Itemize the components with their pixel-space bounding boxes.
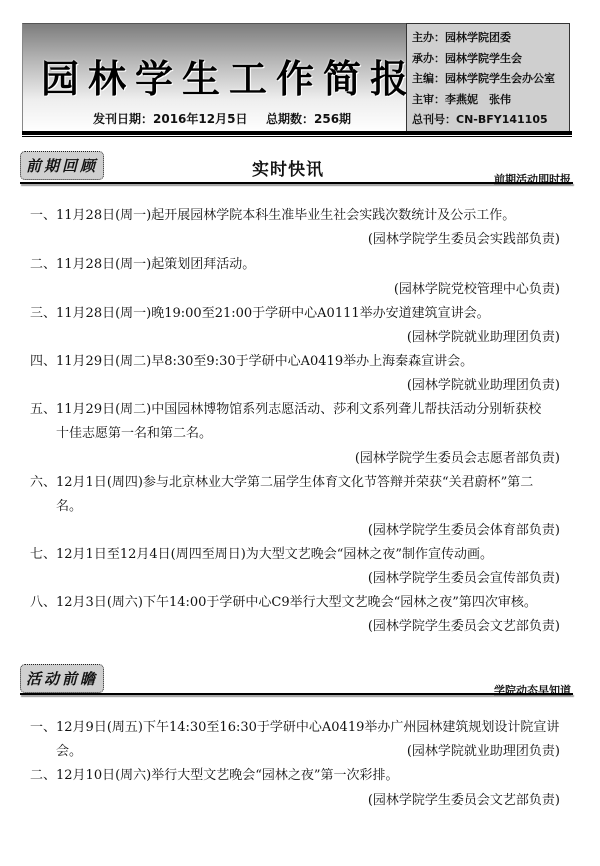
masthead-rule-thin	[22, 136, 572, 137]
info-organizer: 承办：园林学院学生会	[412, 49, 569, 70]
item-number: 七、	[30, 543, 56, 567]
item-number: 二、	[30, 764, 56, 788]
item-text: 12月3日(周六)下午14:00于学研中心C9举行大型文艺晚会“园林之夜”第四次…	[56, 595, 537, 610]
masthead-banner: 园林学生工作简报 发刊日期：2016年12月5日 总期数：256期	[22, 23, 407, 132]
item-number: 六、	[30, 471, 56, 495]
section-subtitle: 学院动态早知道	[494, 682, 571, 698]
section-tag: 前期回顾	[20, 151, 104, 180]
item-text: 12月1日(周四)参与北京林业大学第二届学生体育文化节答辩并荣获“关君蔚杯”第二	[56, 475, 533, 490]
item-text: 11月29日(周二)中国园林博物馆系列志愿活动、莎利文系列聋儿帮扶活动分别斩获校	[56, 402, 541, 417]
masthead-info-box: 主办：园林学院团委 承办：园林学院学生会 主编：园林学院学生会办公室 主审：李燕…	[406, 23, 570, 131]
item-number: 二、	[30, 253, 56, 277]
info-serial-number: 总刊号：CN-BFY141105	[412, 110, 569, 131]
section-divider	[20, 182, 573, 184]
list-item: 二、11月28日(周一)起策划团拜活动。	[30, 253, 560, 277]
info-editor: 主编：园林学院学生会办公室	[412, 69, 569, 90]
list-item: 四、11月29日(周二)早8:30至9:30于学研中心A0419举办上海秦森宣讲…	[30, 350, 560, 374]
item-number: 五、	[30, 398, 56, 422]
list-item: 二、12月10日(周六)举行大型文艺晚会“园林之夜”第一次彩排。	[30, 764, 560, 788]
item-text: 12月10日(周六)举行大型文艺晚会“园林之夜”第一次彩排。	[56, 768, 399, 783]
issue-date: 发刊日期：2016年12月5日	[93, 110, 247, 127]
item-number: 三、	[30, 302, 56, 326]
info-sponsor: 主办：园林学院团委	[412, 28, 569, 49]
item-number: 一、	[30, 716, 56, 740]
section-tag: 活动前瞻	[20, 664, 104, 693]
info-reviewer: 主审：李燕妮 张伟	[412, 90, 569, 111]
item-text-continued: 名。	[30, 495, 560, 519]
masthead: 园林学生工作简报 发刊日期：2016年12月5日 总期数：256期 主办：园林学…	[22, 23, 572, 137]
item-responsible: (园林学院党校管理中心负责)	[394, 278, 560, 302]
list-item: 八、12月3日(周六)下午14:00于学研中心C9举行大型文艺晚会“园林之夜”第…	[30, 591, 560, 615]
item-text: 11月29日(周二)早8:30至9:30于学研中心A0419举办上海秦森宣讲会。	[56, 354, 473, 369]
item-number: 四、	[30, 350, 56, 374]
section-divider	[20, 693, 573, 695]
item-number: 一、	[30, 204, 56, 228]
item-responsible: (园林学院学生委员会体育部负责)	[368, 519, 560, 543]
item-responsible: (园林学院就业助理团负责)	[407, 374, 560, 398]
section-title: 实时快讯	[252, 155, 324, 180]
item-text-continued: 十佳志愿第一名和第二名。	[30, 422, 560, 446]
item-responsible: (园林学院学生委员会文艺部负责)	[368, 789, 560, 813]
list-item: 一、11月28日(周一)起开展园林学院本科生准毕业生社会实践次数统计及公示工作。	[30, 204, 560, 228]
item-text: 11月28日(周一)起开展园林学院本科生准毕业生社会实践次数统计及公示工作。	[56, 208, 515, 223]
item-responsible: (园林学院学生委员会实践部负责)	[368, 228, 560, 252]
item-responsible: (园林学院学生委员会志愿者部负责)	[355, 447, 560, 471]
list-item: 七、12月1日至12月4日(周四至周日)为大型文艺晚会“园林之夜”制作宣传动画。	[30, 543, 560, 567]
item-responsible: (园林学院就业助理团负责)	[407, 326, 560, 350]
item-text: 11月28日(周一)起策划团拜活动。	[56, 257, 255, 272]
list-item: 六、12月1日(周四)参与北京林业大学第二届学生体育文化节答辩并荣获“关君蔚杯”…	[30, 471, 560, 519]
item-number: 八、	[30, 591, 56, 615]
section-subtitle: 前期活动即时报	[494, 171, 571, 187]
total-issue-count: 总期数：256期	[266, 110, 351, 127]
item-responsible: (园林学院学生委员会宣传部负责)	[368, 567, 560, 591]
item-text: 11月28日(周一)晚19:00至21:00于学研中心A0111举办安道建筑宣讲…	[56, 306, 490, 321]
item-text: 12月1日至12月4日(周四至周日)为大型文艺晚会“园林之夜”制作宣传动画。	[56, 547, 493, 562]
list-item: 三、11月28日(周一)晚19:00至21:00于学研中心A0111举办安道建筑…	[30, 302, 560, 326]
item-responsible: (园林学院就业助理团负责)	[407, 740, 560, 764]
item-responsible: (园林学院学生委员会文艺部负责)	[368, 615, 560, 639]
list-item: 五、11月29日(周二)中国园林博物馆系列志愿活动、莎利文系列聋儿帮扶活动分别斩…	[30, 398, 560, 446]
section-preview-header: 活动前瞻 学院动态早知道	[20, 664, 573, 702]
masthead-rule-thick	[22, 131, 572, 135]
newsletter-title: 园林学生工作简报	[41, 48, 401, 103]
item-text: 12月9日(周五)下午14:30至16:30于学研中心A0419举办广州园林建筑…	[56, 720, 559, 735]
section-review-header: 前期回顾 实时快讯 前期活动即时报	[20, 151, 573, 189]
